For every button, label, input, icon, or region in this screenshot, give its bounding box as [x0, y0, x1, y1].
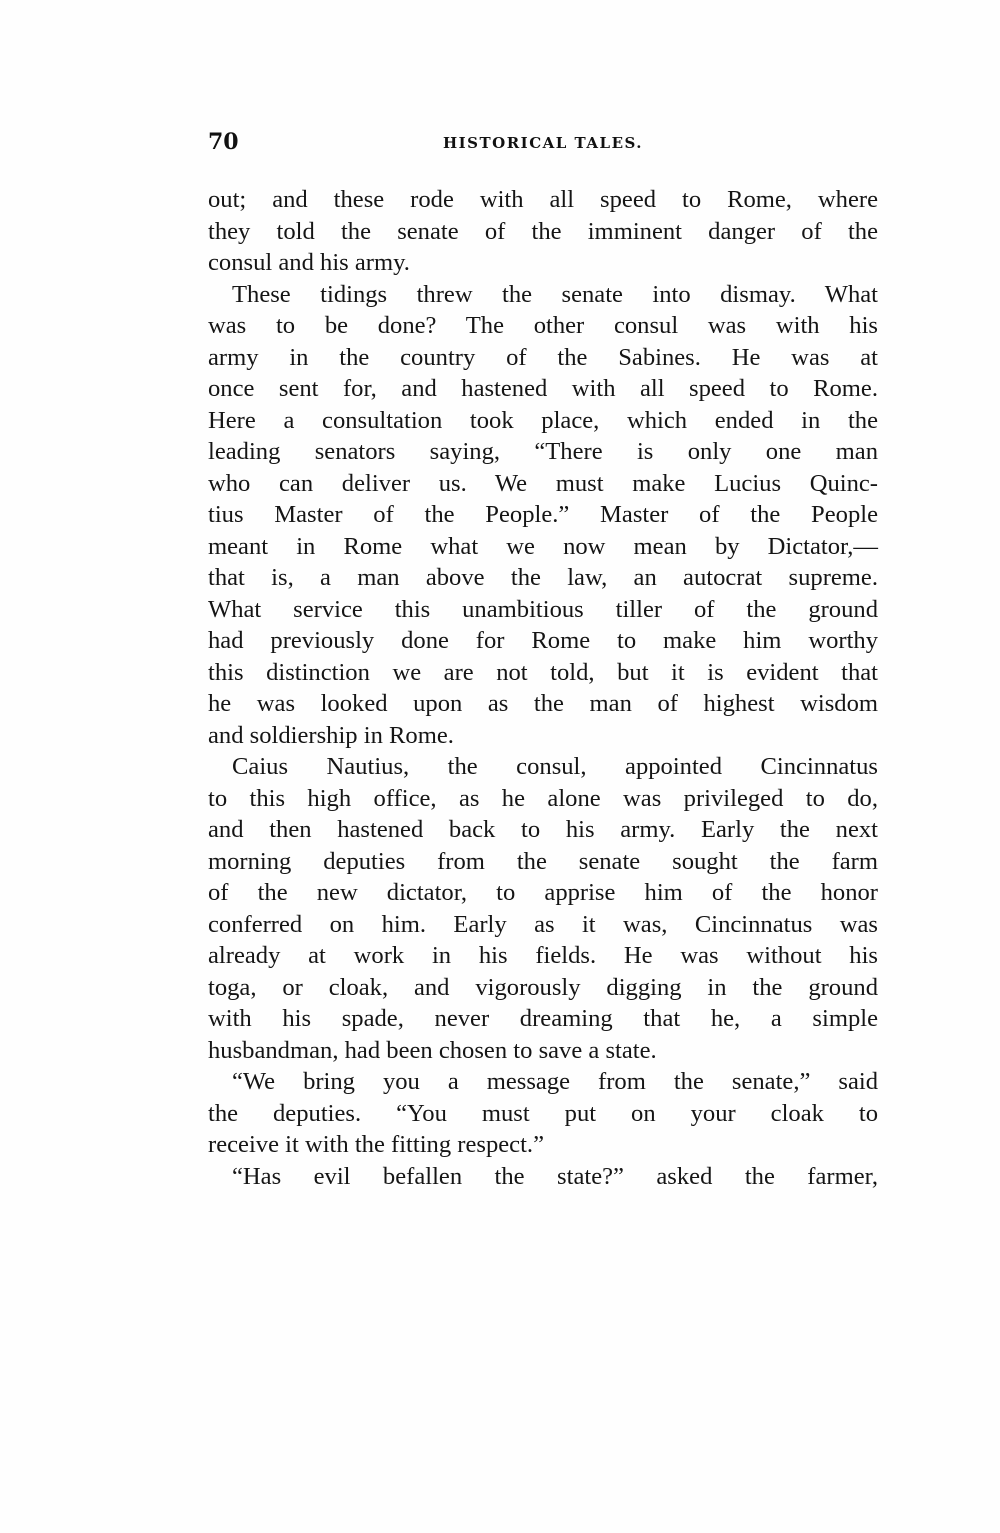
- text-line: the deputies. “You must put on your cloa…: [208, 1098, 878, 1130]
- text-line: “Has evil befallen the state?” asked the…: [208, 1161, 878, 1193]
- book-page: 70 HISTORICAL TALES. out; and these rode…: [0, 0, 1000, 1533]
- text-line: he was looked upon as the man of highest…: [208, 688, 878, 720]
- text-line: that is, a man above the law, an autocra…: [208, 562, 878, 594]
- text-line: leading senators saying, “There is only …: [208, 436, 878, 468]
- text-line: had previously done for Rome to make him…: [208, 625, 878, 657]
- text-line: to this high office, as he alone was pri…: [208, 783, 878, 815]
- text-line: tius Master of the People.” Master of th…: [208, 499, 878, 531]
- text-line: out; and these rode with all speed to Ro…: [208, 184, 878, 216]
- text-line: conferred on him. Early as it was, Cinci…: [208, 909, 878, 941]
- text-line: husbandman, had been chosen to save a st…: [208, 1035, 878, 1067]
- text-line: consul and his army.: [208, 247, 878, 279]
- text-line: who can deliver us. We must make Lucius …: [208, 468, 878, 500]
- text-line: toga, or cloak, and vigorously digging i…: [208, 972, 878, 1004]
- text-line: with his spade, never dreaming that he, …: [208, 1003, 878, 1035]
- running-title: HISTORICAL TALES.: [208, 134, 878, 152]
- text-line: and soldiership in Rome.: [208, 720, 878, 752]
- page-header: 70 HISTORICAL TALES.: [208, 129, 878, 159]
- body-text: out; and these rode with all speed to Ro…: [208, 184, 878, 1192]
- text-line: “We bring you a message from the senate,…: [208, 1066, 878, 1098]
- text-line: of the new dictator, to apprise him of t…: [208, 877, 878, 909]
- text-line: was to be done? The other consul was wit…: [208, 310, 878, 342]
- text-line: this distinction we are not told, but it…: [208, 657, 878, 689]
- text-line: and then hastened back to his army. Earl…: [208, 814, 878, 846]
- text-line: receive it with the fitting respect.”: [208, 1129, 878, 1161]
- text-line: These tidings threw the senate into dism…: [208, 279, 878, 311]
- text-line: What service this unambitious tiller of …: [208, 594, 878, 626]
- text-line: Here a consultation took place, which en…: [208, 405, 878, 437]
- text-line: Caius Nautius, the consul, appointed Cin…: [208, 751, 878, 783]
- text-line: they told the senate of the imminent dan…: [208, 216, 878, 248]
- text-line: army in the country of the Sabines. He w…: [208, 342, 878, 374]
- text-line: once sent for, and hastened with all spe…: [208, 373, 878, 405]
- text-line: meant in Rome what we now mean by Dictat…: [208, 531, 878, 563]
- text-line: already at work in his fields. He was wi…: [208, 940, 878, 972]
- text-line: morning deputies from the senate sought …: [208, 846, 878, 878]
